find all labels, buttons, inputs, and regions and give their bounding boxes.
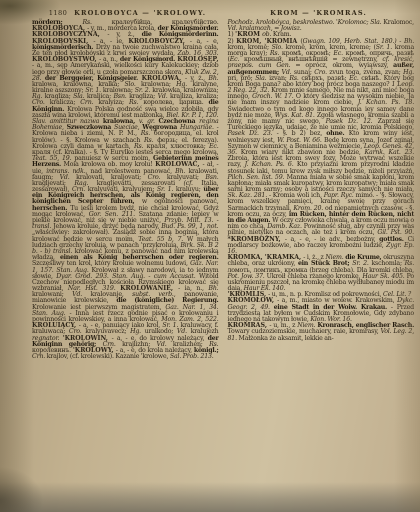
dictionary-paragraph: 2) KROM, 'KROMIA (Gwagn. 109, Herb. Stat…	[228, 39, 415, 256]
dictionary-paragraph: KROMOŁOW, - a, m., miasto w woiew. Krako…	[228, 298, 415, 323]
scanned-dictionary-page: 1180KROLOBOYCA — 'KROLOWY. KROM — 'KROMR…	[0, 0, 420, 512]
dictionary-paragraph: KROMKA, 'KRĄMKA, - i, ż., z Niem. die Kr…	[228, 255, 415, 292]
page-header: 1180KROLOBOYCA — 'KROLOWY. KROM — 'KROMR…	[32, 9, 414, 17]
text-columns: mördern; Rs. кралеубійца, кралеубійство.…	[32, 20, 414, 360]
running-head-right-title: KROM — 'KROMRAS.	[270, 9, 367, 17]
running-head-right: KROM — 'KROMRAS.	[223, 9, 414, 17]
dictionary-paragraph: mördern; Rs. кралеубійца, кралеубійство.…	[32, 20, 219, 360]
right-column: Pochodz. krolobóyca, beskrolestwo. 'Krol…	[228, 20, 415, 360]
running-head-left: 1180KROLOBOYCA — 'KROLOWY.	[32, 9, 223, 17]
dictionary-paragraph: KROMRAS, - u, m., z Niem. Kronrasch, eng…	[228, 323, 415, 342]
page-number: 1180	[49, 9, 67, 17]
running-head-left-title: KROLOBOYCA — 'KROLOWY.	[74, 9, 206, 17]
left-column: mördern; Rs. кралеубійца, кралеубійство.…	[32, 20, 219, 360]
